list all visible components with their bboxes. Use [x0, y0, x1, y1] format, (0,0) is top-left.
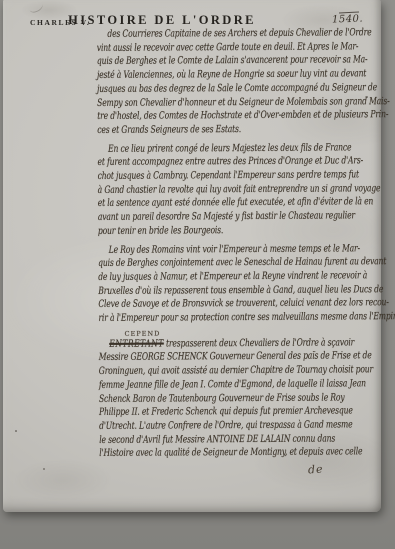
manuscript-line: quis de Berghes conjointement avec le Se…	[98, 256, 320, 271]
manuscript-line: Le Roy des Romains vint voir l'Empereur …	[98, 242, 320, 257]
pencil-corner-mark	[28, 0, 44, 14]
manuscript-line: Sempy son Chevalier d'honneur et du Seig…	[97, 95, 319, 110]
text-segment: ces et Grands Seigneurs de ses Estats.	[97, 124, 241, 136]
manuscript-line: d'Utrecht. L'autre Confrere de l'Ordre, …	[99, 419, 321, 434]
text-segment: et la sentence ayant esté donnée elle fu…	[98, 197, 373, 210]
manuscript-line: avant un pareil desordre Sa Majesté y fi…	[98, 210, 320, 225]
text-segment: jesté à Valenciennes, où la Reyne de Hon…	[97, 68, 366, 81]
manuscript-line: et la sentence ayant esté donnée elle fu…	[98, 196, 320, 211]
ink-speck	[15, 430, 17, 432]
ink-speck	[43, 468, 45, 470]
manuscript-line: à Gand chastier la revolte qui luy avoit…	[98, 182, 320, 197]
text-segment: Bruxelles d'où ils repasserent tous ense…	[98, 284, 383, 297]
text-segment: femme Jeanne fille de Jean I. Comte d'Eg…	[99, 378, 366, 391]
text-segment: Cleve de Savoye et de Bronsvvick se trou…	[98, 297, 388, 310]
paragraph: En ce lieu prirent congé de leurs Majest…	[97, 141, 390, 239]
text-segment: pour tenir en bride les Bourgeois.	[98, 225, 223, 237]
paragraph: des Courrieres Capitaine de ses Archers …	[97, 26, 390, 137]
ink-speck	[366, 96, 368, 98]
manuscript-line: des Courrieres Capitaine de ses Archers …	[97, 27, 319, 42]
scanned-photo-background: { "colors": { "backing": "#8b8a86", "pap…	[0, 0, 395, 549]
text-segment: et furent accompagnez entre autres des P…	[97, 156, 363, 169]
paragraph: Le Roy des Romains vint voir l'Empereur …	[98, 242, 390, 326]
text-segment: En ce lieu prirent congé de leurs Majest…	[108, 142, 351, 154]
manuscript-line: jusques au bas des degrez de la Sale le …	[97, 81, 319, 96]
text-segment: à Gand chastier la revolte qui luy avoit…	[98, 183, 381, 196]
manuscript-line: ces et Grands Seigneurs de ses Estats.	[97, 122, 319, 137]
manuscript-line: Bruxelles d'où ils repasserent tous ense…	[98, 283, 320, 298]
text-segment: Groninguen, qui avoit assisté au dernier…	[99, 364, 373, 377]
manuscript-text: des Courrieres Capitaine de ses Archers …	[97, 26, 392, 466]
text-segment: Philippe II. et Frederic Schenck qui dep…	[99, 406, 353, 419]
manuscript-line: pour tenir en bride les Bourgeois.	[98, 223, 320, 238]
text-segment: tre d'hostel, des Comtes de Hochstrate e…	[97, 109, 388, 122]
manuscript-line: Cleve de Savoye et de Bronsvvick se trou…	[98, 297, 320, 312]
text-segment: l'Histoire avec la qualité de Seigneur d…	[99, 447, 362, 460]
text-segment: Le Roy des Romains vint voir l'Empereur …	[109, 243, 360, 256]
struck-out-word: ENTRETANT	[109, 338, 164, 349]
folio-number: 1540.	[332, 13, 364, 25]
manuscript-line: tre d'hostel, des Comtes de Hochstrate e…	[97, 109, 319, 124]
manuscript-line: et furent accompagnez entre autres des P…	[97, 155, 319, 170]
manuscript-line: le second d'Avril fut Messire ANTOINE DE…	[99, 432, 321, 447]
text-segment: chot jusques à Cambray. Cependant l'Empe…	[98, 169, 359, 182]
text-segment: trespasserent deux Chevaliers de l'Ordre…	[164, 337, 354, 349]
manuscript-line: chot jusques à Cambray. Cependant l'Empe…	[98, 169, 320, 184]
text-segment: CEPEND	[125, 329, 161, 337]
manuscript-line: vint aussi le recevoir avec cette Garde …	[97, 40, 319, 55]
text-segment: Messire GEORGE SCHENCK Gouverneur Genera…	[99, 351, 372, 364]
manuscript-line: Philippe II. et Frederic Schenck qui dep…	[99, 405, 321, 420]
manuscript-page: CHARLES V. HISTOIRE DE L'ORDRE 1540. des…	[3, 0, 381, 512]
manuscript-line: ENTRETANT trespasserent deux Chevaliers …	[99, 336, 321, 351]
text-segment: vint aussi le recevoir avec cette Garde …	[97, 41, 359, 54]
text-segment: Schenck Baron de Tautenbourg Gouverneur …	[99, 392, 345, 404]
text-segment: jusques au bas des degrez de la Sale le …	[97, 82, 377, 95]
paragraph: CEPENDENTRETANT trespasserent deux Cheva…	[99, 329, 392, 461]
manuscript-line: quis de Berghes et le Comte de Lalain s'…	[97, 54, 319, 69]
manuscript-line: l'Histoire avec la qualité de Seigneur d…	[99, 446, 321, 461]
text-segment: des Courrieres Capitaine de ses Archers …	[107, 27, 371, 40]
text-segment: quis de Berghes conjointement avec le Se…	[98, 256, 386, 269]
manuscript-line: jesté à Valenciennes, où la Reyne de Hon…	[97, 68, 319, 83]
manuscript-line: rir à l'Empereur pour sa protection cont…	[98, 311, 320, 326]
manuscript-line: Schenck Baron de Tautenbourg Gouverneur …	[99, 391, 321, 406]
manuscript-line: Groninguen, qui avoit assisté au dernier…	[99, 364, 321, 379]
text-segment: de luy jusques à Namur, et l'Empereur et…	[98, 270, 367, 283]
manuscript-line: femme Jeanne fille de Jean I. Comte d'Eg…	[99, 377, 321, 392]
manuscript-line: de luy jusques à Namur, et l'Empereur et…	[98, 269, 320, 284]
catchword: de	[308, 462, 324, 476]
text-segment: avant un pareil desordre Sa Majesté y fi…	[98, 210, 355, 223]
text-segment: le second d'Avril fut Messire ANTOINE DE…	[99, 433, 335, 445]
text-segment: rir à l'Empereur pour sa protection cont…	[98, 311, 395, 324]
text-segment: quis de Berghes et le Comte de Lalain s'…	[97, 55, 368, 68]
text-segment: d'Utrecht. L'autre Confrere de l'Ordre, …	[99, 419, 352, 432]
manuscript-line: Messire GEORGE SCHENCK Gouverneur Genera…	[99, 350, 321, 365]
page-title: HISTOIRE DE L'ORDRE	[3, 13, 321, 28]
text-segment: Sempy son Chevalier d'honneur et du Seig…	[97, 96, 389, 109]
manuscript-line: En ce lieu prirent congé de leurs Majest…	[97, 141, 319, 156]
